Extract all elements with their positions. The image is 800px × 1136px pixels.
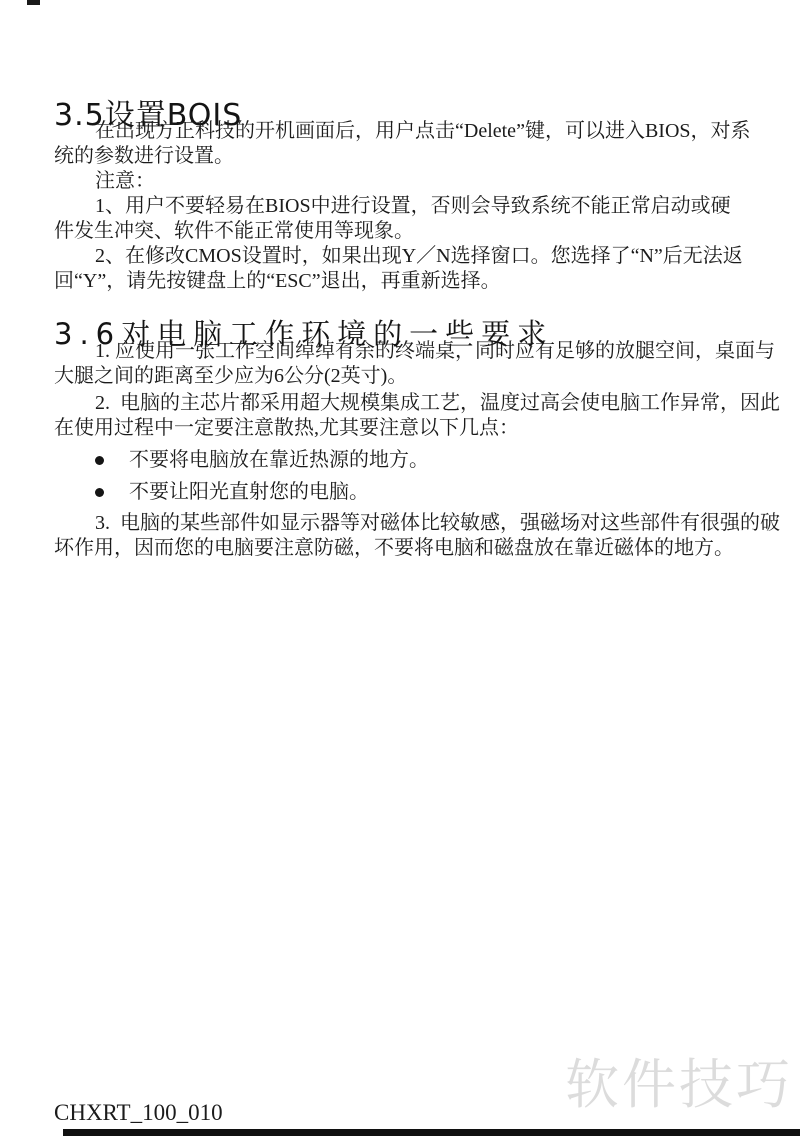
section-3-6-paragraph-3: 3. 电脑的某些部件如显示器等对磁体比较敏感，强磁场对这些部件有很强的破 坏作用… [54,511,764,561]
paragraph-line: 1、用户不要轻易在BIOS中进行设置，否则会导致系统不能正常启动或硬 [54,194,764,219]
paragraph-line: 2、在修改CMOS设置时，如果出现Y／N选择窗口。您选择了“N”后无法返 [54,244,764,269]
bullet-text: 不要将电脑放在靠近热源的地方。 [129,448,429,473]
bullet-item: 不要让阳光直射您的电脑。 [54,480,764,512]
note-label: 注意： [54,169,764,194]
top-left-scan-mark [27,0,40,5]
paragraph-line: 件发生冲突、软件不能正常使用等现象。 [54,219,764,244]
paragraph-line: 大腿之间的距离至少应为6公分(2英寸)。 [54,364,764,389]
bullet-text: 不要让阳光直射您的电脑。 [129,480,369,505]
footer-code: CHXRT_100_010 [54,1100,223,1126]
section-3-6-paragraph-2: 2. 电脑的主芯片都采用超大规模集成工艺，温度过高会使电脑工作异常，因此 在使用… [54,391,764,441]
paragraph-line: 统的参数进行设置。 [54,144,764,169]
section-3-6-paragraph-1: 1. 应使用一张工作空间绰绰有余的终端桌，同时应有足够的放腿空间，桌面与 大腿之… [54,339,764,389]
paragraph-line: 3. 电脑的某些部件如显示器等对磁体比较敏感，强磁场对这些部件有很强的破 [54,511,764,536]
bullet-list: 不要将电脑放在靠近热源的地方。 不要让阳光直射您的电脑。 [54,448,764,512]
document-page: 3.5设置BOIS 在出现方正科技的开机画面后，用户点击“Delete”键，可以… [0,0,800,1136]
paragraph-line: 2. 电脑的主芯片都采用超大规模集成工艺，温度过高会使电脑工作异常，因此 [54,391,764,416]
paragraph-line: 1. 应使用一张工作空间绰绰有余的终端桌，同时应有足够的放腿空间，桌面与 [54,339,764,364]
watermark: 软件技巧 [565,1042,793,1119]
paragraph-line: 在使用过程中一定要注意散热,尤其要注意以下几点： [54,416,764,441]
bullet-item: 不要将电脑放在靠近热源的地方。 [54,448,764,480]
paragraph-line: 回“Y”，请先按键盘上的“ESC”退出，再重新选择。 [54,269,764,294]
section-3-5-body: 在出现方正科技的开机画面后，用户点击“Delete”键，可以进入BIOS，对系 … [54,119,764,294]
bullet-dot-icon [95,456,104,465]
bottom-edge-bar [63,1129,800,1136]
paragraph-line: 在出现方正科技的开机画面后，用户点击“Delete”键，可以进入BIOS，对系 [54,119,764,144]
paragraph-line: 坏作用，因而您的电脑要注意防磁，不要将电脑和磁盘放在靠近磁体的地方。 [54,536,764,561]
bullet-dot-icon [95,488,104,497]
